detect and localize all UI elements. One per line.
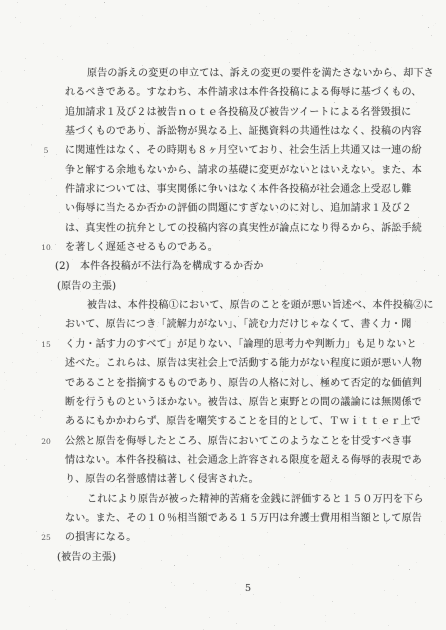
- document-line-text: 原告の訴えの変更の申立ては、訴えの変更の要件を満たさないから、却下さ: [87, 68, 434, 79]
- margin-line-number: 20: [39, 432, 53, 451]
- document-line: (原告の主張): [57, 277, 435, 296]
- document-line: 5に関連性はなく、その時期も８ヶ月空いており、社会生活上共通又は一連の紛: [65, 141, 435, 160]
- document-line: 争と解する余地もないから、請求の基礎に変更がないとはいえない。また、本: [65, 161, 435, 180]
- document-line: 15く力・話す力のすべて」が足りない、「論理的思考力や判断力」も足りないと: [65, 335, 435, 354]
- document-line: り、原告の名誉感情は著しく侵害された。: [65, 470, 435, 489]
- document-line: おいて、原告につき「読解力がない」、「読む力だけじゃなくて、書く力・聞: [65, 315, 435, 334]
- document-line-text: 断を行うものというほかない。被告は、原告と東野との間の議論には無関係で: [65, 397, 422, 408]
- document-line-text: 追加請求１及び２は被告ｎｏｔｅ各投稿及び被告ツイートによる名誉毀損に: [65, 107, 411, 118]
- document-line: 被告は、本件投稿①において、原告のことを頭が悪い旨述べ、本件投稿②に: [65, 296, 435, 315]
- document-line-text: く力・話す力のすべて」が足りない、「論理的思考力や判断力」も足りないと: [65, 339, 417, 350]
- document-line: 10を著しく遅延させるものである。: [65, 238, 435, 257]
- document-line: 情はない。本件各投稿は、社会通念上許容される限度を超える侮辱的表現であ: [65, 451, 435, 470]
- document-body: 原告の訴えの変更の申立ては、訴えの変更の要件を満たさないから、却下されるべきであ…: [65, 64, 435, 567]
- document-line: 基づくものであり、訴訟物が異なる上、証拠資料の共通性はなく、投稿の内容: [65, 122, 435, 141]
- document-line-text: 述べた。これらは、原告は実社会上で活動する能力がない程度に頭が悪い人物: [65, 358, 422, 369]
- document-line: ない。また、その１０％相当額である１５万円は弁護士費用相当額として原告: [65, 509, 435, 528]
- document-line-text: 公然と原告を侮辱したところ、原告においてこのようなことを甘受すべき事: [65, 436, 412, 447]
- document-line: 断を行うものというほかない。被告は、原告と東野との間の議論には無関係で: [65, 393, 435, 412]
- document-line: 20公然と原告を侮辱したところ、原告においてこのようなことを甘受すべき事: [65, 432, 435, 451]
- document-line: 件請求については、事実関係に争いはなく本件各投稿が社会通念上受忍し難: [65, 180, 435, 199]
- document-line-text: あるにもかかわらず、原告を嘲笑することを目的として、Ｔｗｉｔｔｅｒ上で: [65, 416, 421, 427]
- document-line-text: を著しく遅延させるものである。: [65, 242, 218, 253]
- document-line: い侮辱に当たるか否かの評価の問題にすぎないのに対し、追加請求１及び２: [65, 199, 435, 218]
- document-line-text: 争と解する余地もないから、請求の基礎に変更がないとはいえない。また、本: [65, 165, 422, 176]
- document-line-text: に関連性はなく、その時期も８ヶ月空いており、社会生活上共通又は一連の紛: [65, 145, 422, 156]
- document-line-text: 件請求については、事実関係に争いはなく本件各投稿が社会通念上受忍し難: [65, 184, 412, 195]
- document-line: これにより原告が被った精神的苦痛を金銭に評価すると１５０万円を下ら: [65, 490, 435, 509]
- document-line: 述べた。これらは、原告は実社会上で活動する能力がない程度に頭が悪い人物: [65, 354, 435, 373]
- document-line: であることを指摘するものであり、原告の人格に対し、極めて否定的な価値判: [65, 374, 435, 393]
- document-line-text: であることを指摘するものであり、原告の人格に対し、極めて否定的な価値判: [65, 378, 422, 389]
- margin-line-number: 10: [39, 238, 53, 257]
- scan-noise-layer: [0, 0, 1, 1]
- margin-line-number: 15: [39, 335, 53, 354]
- document-line-text: 被告は、本件投稿①において、原告のことを頭が悪い旨述べ、本件投稿②に: [87, 300, 434, 311]
- document-line: は、真実性の抗弁としての投稿内容の真実性が論点になり得るから、訴訟手続: [65, 219, 435, 238]
- margin-line-number: 25: [39, 528, 53, 547]
- document-line-text: おいて、原告につき「読解力がない」、「読む力だけじゃなくて、書く力・聞: [65, 319, 411, 330]
- document-line: (2) 本件各投稿が不法行為を構成するか否か: [55, 257, 435, 276]
- document-line-text: これにより原告が被った精神的苦痛を金銭に評価すると１５０万円を下ら: [87, 494, 424, 505]
- document-line: (被告の主張): [57, 548, 435, 567]
- document-line-text: い侮辱に当たるか否かの評価の問題にすぎないのに対し、追加請求１及び２: [65, 203, 412, 214]
- document-line: れるべきである。すなわち、本件請求は本件各投稿による侮辱に基づくもの、: [65, 83, 435, 102]
- document-line-text: れるべきである。すなわち、本件請求は本件各投稿による侮辱に基づくもの、: [65, 87, 422, 98]
- document-line-text: (原告の主張): [57, 281, 116, 292]
- document-line: 原告の訴えの変更の申立ては、訴えの変更の要件を満たさないから、却下さ: [65, 64, 435, 83]
- document-line-text: り、原告の名誉感情は著しく侵害された。: [65, 474, 259, 485]
- margin-line-number: 5: [39, 141, 53, 160]
- document-line-text: (2) 本件各投稿が不法行為を構成するか否か: [55, 261, 264, 272]
- page-number: 5: [238, 583, 258, 594]
- document-line-text: の損害になる。: [65, 532, 136, 543]
- document-line-text: 基づくものであり、訴訟物が異なる上、証拠資料の共通性はなく、投稿の内容: [65, 126, 422, 137]
- document-line-text: は、真実性の抗弁としての投稿内容の真実性が論点になり得るから、訴訟手続: [65, 223, 422, 234]
- document-line: あるにもかかわらず、原告を嘲笑することを目的として、Ｔｗｉｔｔｅｒ上で: [65, 412, 435, 431]
- document-line: 25の損害になる。: [65, 528, 435, 547]
- document-line-text: (被告の主張): [57, 552, 116, 563]
- document-line-text: ない。また、その１０％相当額である１５万円は弁護士費用相当額として原告: [65, 513, 422, 524]
- document-line: 追加請求１及び２は被告ｎｏｔｅ各投稿及び被告ツイートによる名誉毀損に: [65, 103, 435, 122]
- document-line-text: 情はない。本件各投稿は、社会通念上許容される限度を超える侮辱的表現であ: [65, 455, 422, 466]
- document-page: 原告の訴えの変更の申立ては、訴えの変更の要件を満たさないから、却下されるべきであ…: [0, 0, 446, 630]
